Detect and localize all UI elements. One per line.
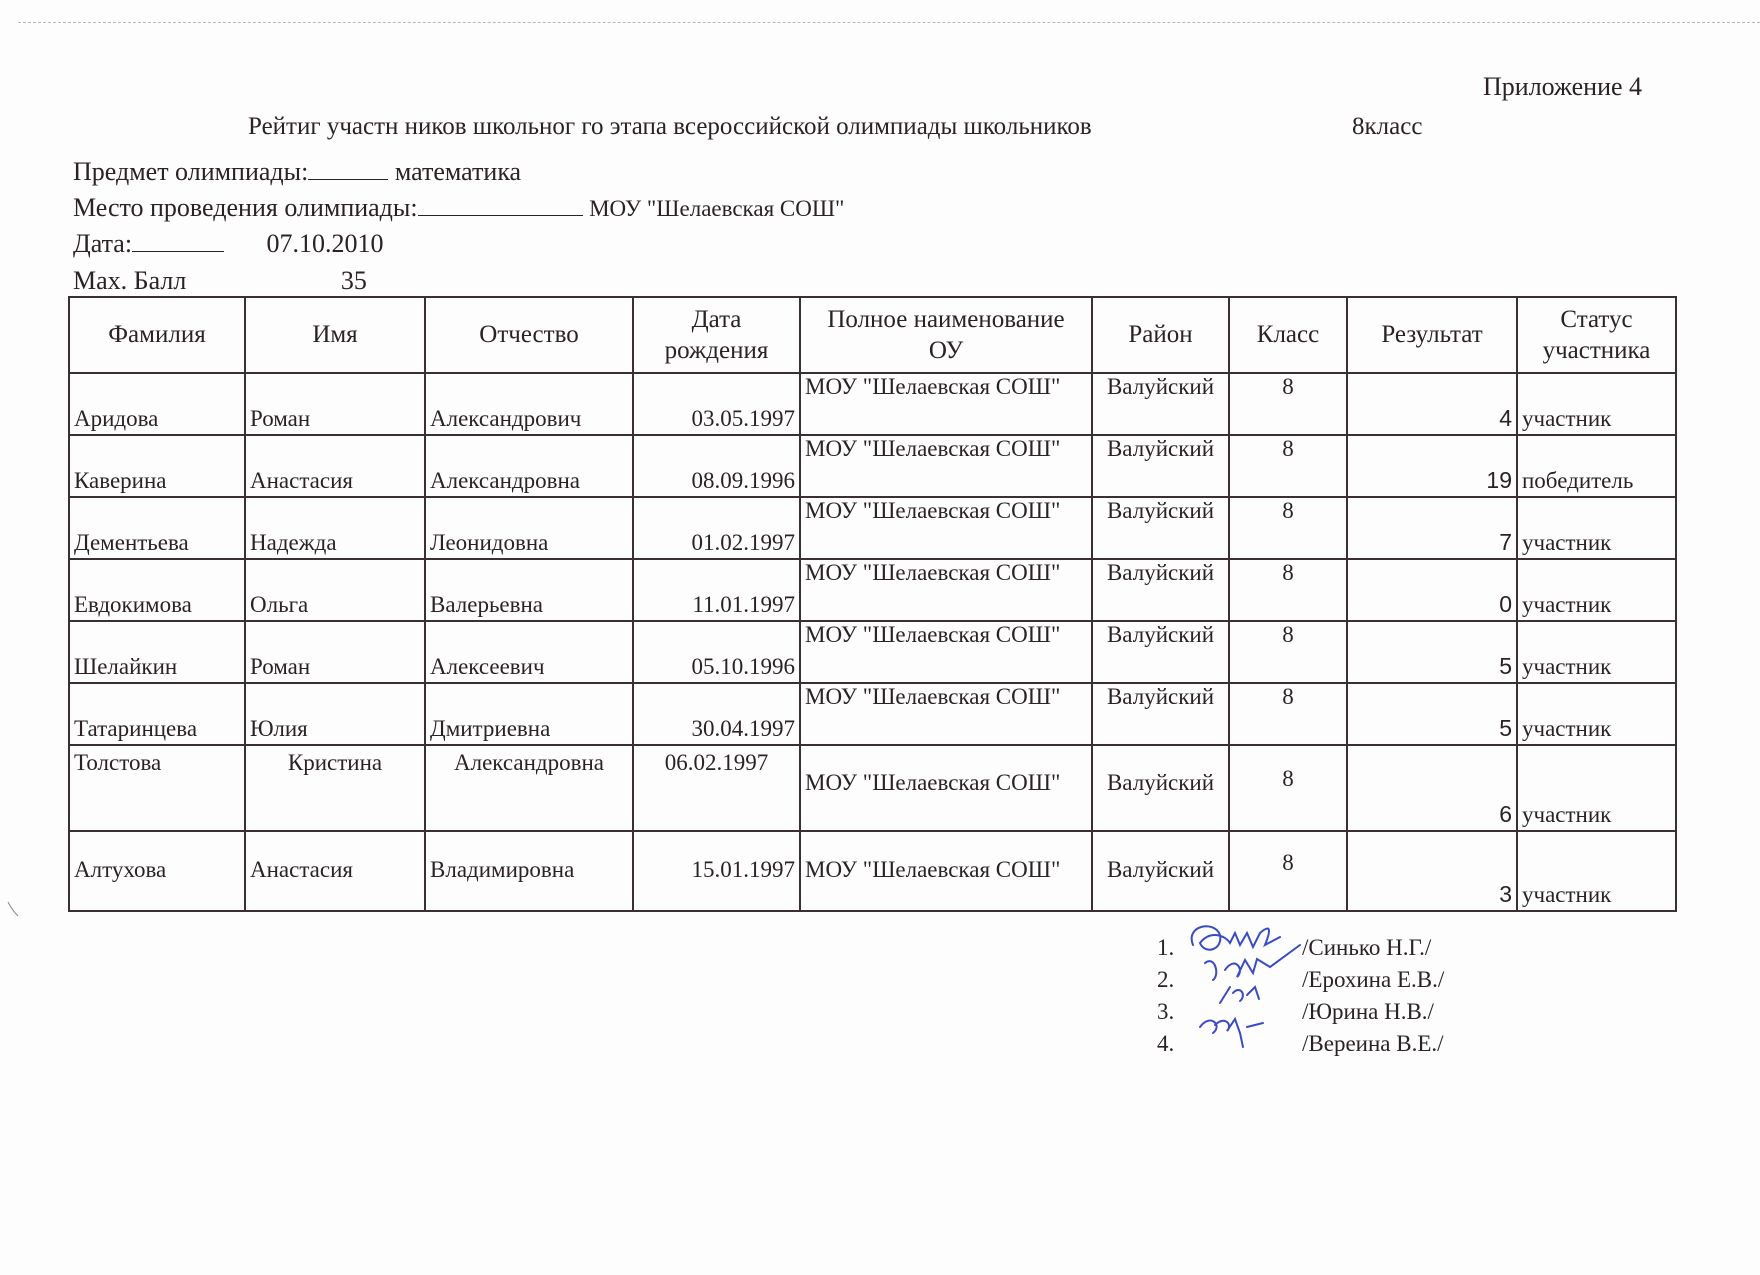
cell-patronymic: Валерьевна [425,559,633,621]
col-school: Полное наименованиеОУ [800,297,1092,373]
venue-value: МОУ "Шелаевская СОШ" [589,196,844,221]
cell-grade: 8 [1229,621,1347,683]
cell-result: 5 [1347,621,1517,683]
cell-result: 19 [1347,435,1517,497]
cell-status: участник [1517,745,1676,831]
cell-district: Валуйский [1092,831,1229,911]
table-row: АлтуховаАнастасияВладимировна15.01.1997М… [69,831,1676,911]
cell-name: Кристина [245,745,425,831]
cell-school: МОУ "Шелаевская СОШ" [800,559,1092,621]
cell-grade: 8 [1229,745,1347,831]
rating-table: Фамилия Имя Отчество Датарождения Полное… [68,296,1677,912]
cell-name: Надежда [245,497,425,559]
cell-result: 0 [1347,559,1517,621]
col-name: Имя [245,297,425,373]
cell-status: участник [1517,559,1676,621]
col-status: Статусучастника [1517,297,1676,373]
cell-district: Валуйский [1092,683,1229,745]
table-row: КаверинаАнастасияАлександровна08.09.1996… [69,435,1676,497]
cell-school: МОУ "Шелаевская СОШ" [800,683,1092,745]
date-blank [132,229,224,252]
cell-district: Валуйский [1092,559,1229,621]
cell-birthdate: 05.10.1996 [633,621,800,683]
scan-edge-line [18,22,1760,23]
table-row: ШелайкинРоманАлексеевич05.10.1996МОУ "Ше… [69,621,1676,683]
cell-birthdate: 30.04.1997 [633,683,800,745]
cell-grade: 8 [1229,435,1347,497]
cell-surname: Толстова [69,745,245,831]
cell-surname: Каверина [69,435,245,497]
appendix-label: Приложение 4 [1483,72,1642,102]
venue-line: Место проведения олимпиады: МОУ "Шелаевс… [73,193,844,223]
cell-status: участник [1517,497,1676,559]
subject-value: математика [395,157,521,186]
date-value: 07.10.2010 [267,229,384,258]
cell-surname: Дементьева [69,497,245,559]
cell-district: Валуйский [1092,745,1229,831]
cell-school: МОУ "Шелаевская СОШ" [800,497,1092,559]
cell-surname: Аридова [69,373,245,435]
max-score-value: 35 [341,266,367,295]
cell-result: 4 [1347,373,1517,435]
cell-name: Ольга [245,559,425,621]
cell-patronymic: Александрович [425,373,633,435]
scan-mark [6,900,20,920]
venue-label: Место проведения олимпиады: [73,193,418,222]
cell-status: победитель [1517,435,1676,497]
cell-birthdate: 08.09.1996 [633,435,800,497]
table-row: ЕвдокимоваОльгаВалерьевна11.01.1997МОУ "… [69,559,1676,621]
cell-patronymic: Александровна [425,435,633,497]
cell-birthdate: 15.01.1997 [633,831,800,911]
subject-label: Предмет олимпиады: [73,157,308,186]
signature-row: 4./Вереина В.Е./ [1157,1028,1205,1060]
cell-result: 5 [1347,683,1517,745]
cell-district: Валуйский [1092,373,1229,435]
signatory-name: /Вереина В.Е./ [1302,1028,1444,1060]
cell-grade: 8 [1229,373,1347,435]
cell-school: МОУ "Шелаевская СОШ" [800,745,1092,831]
cell-birthdate: 03.05.1997 [633,373,800,435]
cell-name: Роман [245,373,425,435]
cell-result: 6 [1347,745,1517,831]
cell-result: 7 [1347,497,1517,559]
cell-name: Юлия [245,683,425,745]
signature-number: 4. [1157,1028,1205,1060]
cell-district: Валуйский [1092,621,1229,683]
col-district: Район [1092,297,1229,373]
table-row: ДементьеваНадеждаЛеонидовна01.02.1997МОУ… [69,497,1676,559]
cell-name: Анастасия [245,831,425,911]
date-line: Дата: 07.10.2010 [73,229,384,259]
cell-status: участник [1517,373,1676,435]
cell-result: 3 [1347,831,1517,911]
cell-school: МОУ "Шелаевская СОШ" [800,373,1092,435]
signatory-name: /Синько Н.Г./ [1302,932,1431,964]
cell-surname: Алтухова [69,831,245,911]
cell-grade: 8 [1229,831,1347,911]
cell-birthdate: 11.01.1997 [633,559,800,621]
cell-grade: 8 [1229,683,1347,745]
cell-patronymic: Леонидовна [425,497,633,559]
signature-row: 1./Синько Н.Г./ [1157,932,1205,964]
signature-row: 2./Ерохина Е.В./ [1157,964,1205,996]
cell-surname: Евдокимова [69,559,245,621]
cell-school: МОУ "Шелаевская СОШ" [800,435,1092,497]
grade-label: 8класс [1352,113,1422,141]
document-title: Рейтиг участн ников школьног го этапа вс… [248,113,1092,141]
cell-status: участник [1517,683,1676,745]
venue-blank [418,193,583,216]
cell-name: Анастасия [245,435,425,497]
cell-surname: Татаринцева [69,683,245,745]
col-surname: Фамилия [69,297,245,373]
subject-blank [308,157,388,180]
max-score-line: Мах. Балл 35 [73,266,367,296]
max-score-label: Мах. Балл [73,266,186,295]
signatory-name: /Ерохина Е.В./ [1302,964,1444,996]
signature-number: 1. [1157,932,1205,964]
table-row: АридоваРоманАлександрович03.05.1997МОУ "… [69,373,1676,435]
cell-status: участник [1517,831,1676,911]
cell-grade: 8 [1229,559,1347,621]
cell-patronymic: Алексеевич [425,621,633,683]
col-birthdate: Датарождения [633,297,800,373]
cell-name: Роман [245,621,425,683]
col-grade: Класс [1229,297,1347,373]
cell-birthdate: 06.02.1997 [633,745,800,831]
table-header-row: Фамилия Имя Отчество Датарождения Полное… [69,297,1676,373]
subject-line: Предмет олимпиады: математика [73,157,521,187]
cell-school: МОУ "Шелаевская СОШ" [800,831,1092,911]
date-label: Дата: [73,229,132,258]
col-result: Результат [1347,297,1517,373]
col-patronymic: Отчество [425,297,633,373]
cell-grade: 8 [1229,497,1347,559]
cell-district: Валуйский [1092,435,1229,497]
cell-school: МОУ "Шелаевская СОШ" [800,621,1092,683]
table-body: АридоваРоманАлександрович03.05.1997МОУ "… [69,373,1676,911]
table-row: ТатаринцеваЮлияДмитриевна30.04.1997МОУ "… [69,683,1676,745]
cell-birthdate: 01.02.1997 [633,497,800,559]
cell-patronymic: Дмитриевна [425,683,633,745]
signature-number: 3. [1157,996,1205,1028]
signatory-name: /Юрина Н.В./ [1302,996,1434,1028]
cell-district: Валуйский [1092,497,1229,559]
signature-number: 2. [1157,964,1205,996]
signatures-block: 1./Синько Н.Г./2./Ерохина Е.В./3./Юрина … [1157,932,1205,1060]
table-row: ТолстоваКристинаАлександровна06.02.1997М… [69,745,1676,831]
cell-patronymic: Владимировна [425,831,633,911]
cell-patronymic: Александровна [425,745,633,831]
signature-row: 3./Юрина Н.В./ [1157,996,1205,1028]
cell-status: участник [1517,621,1676,683]
cell-surname: Шелайкин [69,621,245,683]
